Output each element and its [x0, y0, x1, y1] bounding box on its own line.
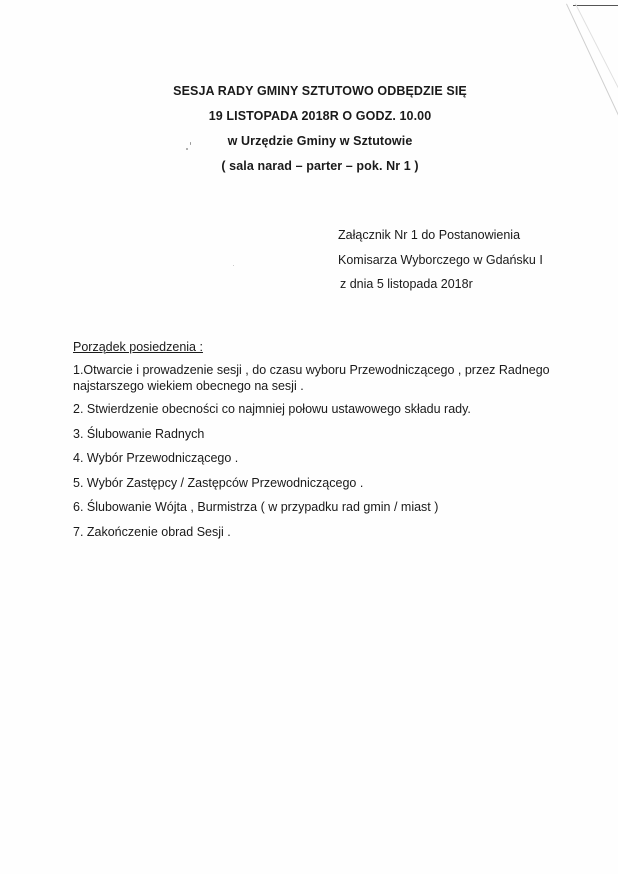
title-line-venue: w Urzędzie Gminy w Sztutowie	[100, 129, 540, 154]
annex-line-number: Załącznik Nr 1 do Postanowienia	[338, 223, 543, 248]
agenda-item-5: 5. Wybór Zastępcy / Zastępców Przewodnic…	[73, 475, 593, 491]
scan-speck	[186, 148, 188, 150]
agenda-item-1-line-2: najstarszego wiekiem obecnego na sesji .	[73, 378, 593, 394]
agenda-item-6: 6. Ślubowanie Wójta , Burmistrza ( w prz…	[73, 499, 593, 515]
scan-speck	[412, 408, 413, 409]
title-line-room: ( sala narad – parter – pok. Nr 1 )	[100, 154, 540, 179]
title-line-session: SESJA RADY GMINY SZTUTOWO ODBĘDZIE SIĘ	[100, 79, 540, 104]
scan-edge-line	[573, 5, 618, 6]
agenda-heading: Porządek posiedzenia :	[73, 340, 203, 354]
agenda-item-4: 4. Wybór Przewodniczącego .	[73, 450, 593, 466]
scan-fold-line	[566, 4, 618, 118]
scan-speck	[190, 142, 191, 145]
agenda-item-7: 7. Zakończenie obrad Sesji .	[73, 524, 593, 540]
scan-speck	[233, 265, 234, 266]
title-line-date: 19 LISTOPADA 2018R O GODZ. 10.00	[100, 104, 540, 129]
agenda-list: 1.Otwarcie i prowadzenie sesji , do czas…	[73, 362, 593, 540]
agenda-item-2: 2. Stwierdzenie obecności co najmniej po…	[73, 401, 593, 417]
agenda-item-3: 3. Ślubowanie Radnych	[73, 426, 593, 442]
agenda-item-1-line-1: 1.Otwarcie i prowadzenie sesji , do czas…	[73, 362, 593, 378]
annex-line-date: z dnia 5 listopada 2018r	[338, 272, 543, 297]
scanned-document-page: SESJA RADY GMINY SZTUTOWO ODBĘDZIE SIĘ 1…	[0, 0, 618, 874]
annex-reference: Załącznik Nr 1 do Postanowienia Komisarz…	[338, 223, 543, 297]
scan-fold-line	[575, 4, 618, 102]
session-announcement-title: SESJA RADY GMINY SZTUTOWO ODBĘDZIE SIĘ 1…	[100, 79, 540, 179]
annex-line-commissioner: Komisarza Wyborczego w Gdańsku I	[338, 248, 543, 273]
